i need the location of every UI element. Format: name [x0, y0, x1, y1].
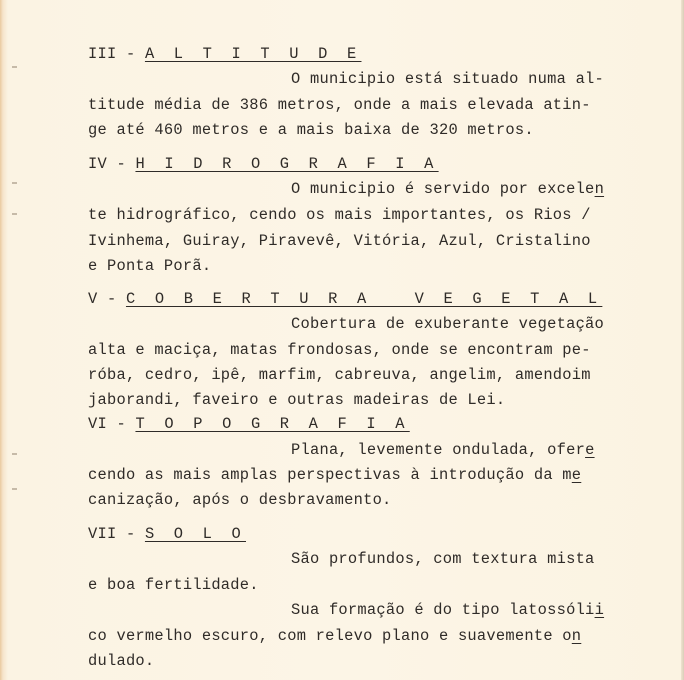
underlined-letter: n — [572, 627, 582, 645]
paragraph-line: O municipio está situado numa al- — [291, 70, 604, 88]
section-separator: - — [98, 290, 126, 308]
paragraph-line: titude média de 386 metros, onde a mais … — [88, 96, 591, 114]
section-heading-solo: VII - S O L O — [88, 525, 246, 543]
paragraph-line: jaborandi, faveiro e outras madeiras de … — [88, 391, 505, 409]
paragraph-line: São profundos, com textura mista — [291, 550, 595, 568]
paragraph-line: Cobertura de exuberante vegetação — [291, 315, 604, 333]
paragraph-line: O municipio é servido por excelen — [291, 180, 604, 198]
paragraph-line: e Ponta Porã. — [88, 257, 211, 275]
paragraph-line: te hidrográfico, cendo os mais important… — [88, 206, 591, 224]
paragraph-line: ge até 460 metros e a mais baixa de 320 … — [88, 121, 534, 139]
text-run: Sua formação é do tipo latossóli — [291, 601, 595, 619]
section-separator: - — [116, 525, 144, 543]
paragraph-line: róba, cedro, ipê, marfim, cabreuva, ange… — [88, 366, 591, 384]
section-separator: - — [116, 45, 144, 63]
section-number: VI — [88, 415, 107, 433]
section-heading-cobertura-vegetal: V - C O B E R T U R A V E G E T A L — [88, 290, 602, 308]
section-number: IV — [88, 155, 107, 173]
underlined-letter: e — [572, 466, 582, 484]
paragraph-line: e boa fertilidade. — [88, 576, 259, 594]
paragraph-line: canização, após o desbravamento. — [88, 491, 392, 509]
paragraph-line: Ivinhema, Guiray, Piravevê, Vitória, Azu… — [88, 232, 591, 250]
typewritten-page: III - A L T I T U D E O municipio está s… — [0, 0, 684, 680]
paragraph-line: Sua formação é do tipo latossólii — [291, 601, 604, 619]
underlined-letter: n — [595, 180, 605, 198]
underlined-letter: i — [595, 601, 605, 619]
section-title: H I D R O G R A F I A — [135, 155, 438, 173]
section-number: III — [88, 45, 116, 63]
section-number: V — [88, 290, 98, 308]
margin-mark — [12, 488, 17, 490]
margin-mark — [12, 453, 17, 455]
section-number: VII — [88, 525, 116, 543]
section-title: S O L O — [145, 525, 246, 543]
section-title: C O B E R T U R A V E G E T A L — [126, 290, 602, 308]
section-heading-altitude: III - A L T I T U D E — [88, 45, 361, 63]
paragraph-line: cendo as mais amplas perspectivas à intr… — [88, 466, 581, 484]
paragraph-line: Plana, levemente ondulada, ofere — [291, 441, 595, 459]
section-title: T O P O G R A F I A — [135, 415, 409, 433]
text-run: Plana, levemente ondulada, ofer — [291, 441, 585, 459]
underlined-letter: e — [585, 441, 595, 459]
section-heading-hidrografia: IV - H I D R O G R A F I A — [88, 155, 439, 173]
paragraph-line: alta e maciça, matas frondosas, onde se … — [88, 341, 591, 359]
section-separator: - — [107, 415, 135, 433]
paragraph-line: dulado. — [88, 652, 154, 670]
section-heading-topografia: VI - T O P O G R A F I A — [88, 415, 410, 433]
paragraph-line: co vermelho escuro, com relevo plano e s… — [88, 627, 581, 645]
text-run: co vermelho escuro, com relevo plano e s… — [88, 627, 572, 645]
margin-mark — [12, 66, 17, 68]
text-run: cendo as mais amplas perspectivas à intr… — [88, 466, 572, 484]
section-title: A L T I T U D E — [145, 45, 362, 63]
section-separator: - — [107, 155, 135, 173]
margin-mark — [12, 182, 17, 184]
margin-mark — [12, 213, 17, 215]
text-run: O municipio é servido por excele — [291, 180, 595, 198]
